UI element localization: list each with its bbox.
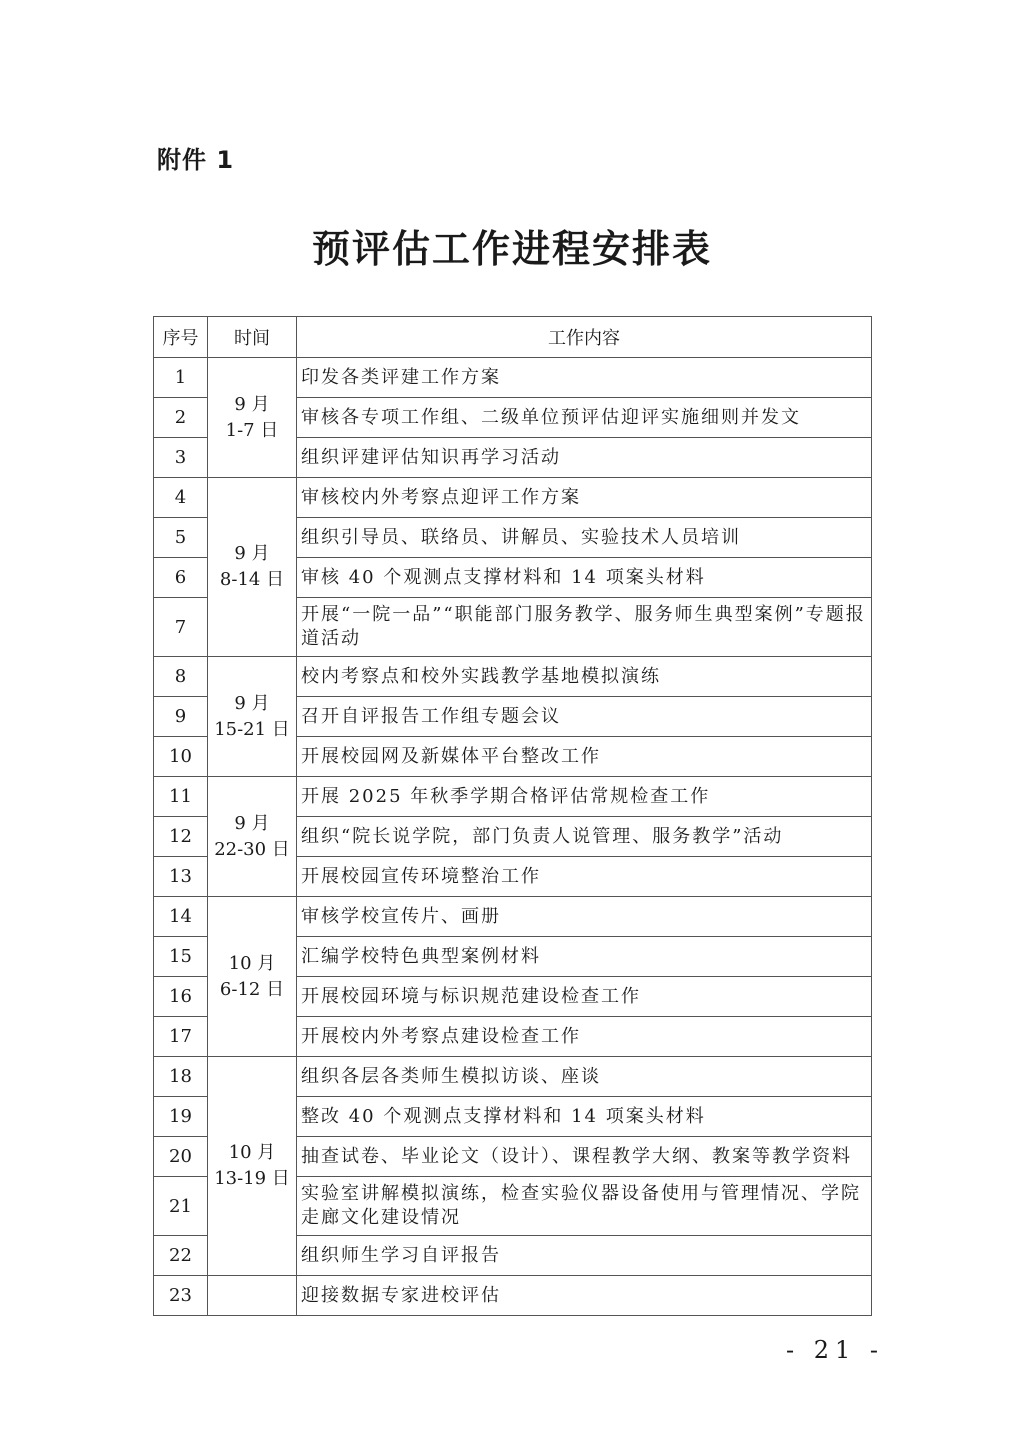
row-content: 校内考察点和校外实践教学基地模拟演练	[297, 657, 872, 697]
attachment-label: 附件 1	[157, 140, 234, 175]
header-no: 序号	[154, 317, 208, 358]
time-cell: 9 月22-30 日	[208, 777, 297, 897]
row-no: 4	[154, 478, 208, 518]
time-cell: 10 月6-12 日	[208, 897, 297, 1057]
row-no: 17	[154, 1017, 208, 1057]
row-no: 21	[154, 1177, 208, 1236]
time-cell: 9 月8-14 日	[208, 478, 297, 657]
row-content: 实验室讲解模拟演练，检查实验仪器设备使用与管理情况、学院走廊文化建设情况	[297, 1177, 872, 1236]
row-content: 开展校园网及新媒体平台整改工作	[297, 737, 872, 777]
row-no: 3	[154, 438, 208, 478]
row-no: 7	[154, 598, 208, 657]
row-content: 印发各类评建工作方案	[297, 358, 872, 398]
time-days: 1-7 日	[208, 418, 296, 444]
row-content: 开展“一院一品”“职能部门服务教学、服务师生典型案例”专题报道活动	[297, 598, 872, 657]
time-days: 8-14 日	[208, 567, 296, 593]
schedule-table: 序号 时间 工作内容 1 9 月1-7 日 印发各类评建工作方案 2 审核各专项…	[153, 316, 872, 1316]
row-content: 汇编学校特色典型案例材料	[297, 937, 872, 977]
row-no: 2	[154, 398, 208, 438]
time-days: 22-30 日	[208, 837, 296, 863]
row-no: 12	[154, 817, 208, 857]
row-content: 整改 40 个观测点支撑材料和 14 项案头材料	[297, 1097, 872, 1137]
row-content: 审核 40 个观测点支撑材料和 14 项案头材料	[297, 558, 872, 598]
row-content: 开展校园宣传环境整治工作	[297, 857, 872, 897]
time-month: 9 月	[208, 691, 296, 717]
row-content: 组织各层各类师生模拟访谈、座谈	[297, 1057, 872, 1097]
row-content: 组织师生学习自评报告	[297, 1236, 872, 1276]
table-row: 23 迎接数据专家进校评估	[154, 1276, 872, 1316]
time-cell: 10 月13-19 日	[208, 1057, 297, 1276]
row-no: 15	[154, 937, 208, 977]
table-header-row: 序号 时间 工作内容	[154, 317, 872, 358]
time-days: 13-19 日	[208, 1166, 296, 1192]
page-number: - 21 -	[786, 1336, 884, 1364]
table-row: 4 9 月8-14 日 审核校内外考察点迎评工作方案	[154, 478, 872, 518]
row-content: 抽查试卷、毕业论文（设计）、课程教学大纲、教案等教学资料	[297, 1137, 872, 1177]
time-days: 6-12 日	[208, 977, 296, 1003]
row-content: 开展 2025 年秋季学期合格评估常规检查工作	[297, 777, 872, 817]
row-no: 9	[154, 697, 208, 737]
table-row: 18 10 月13-19 日 组织各层各类师生模拟访谈、座谈	[154, 1057, 872, 1097]
row-content: 审核校内外考察点迎评工作方案	[297, 478, 872, 518]
time-cell: 9 月15-21 日	[208, 657, 297, 777]
row-no: 16	[154, 977, 208, 1017]
row-content: 开展校园环境与标识规范建设检查工作	[297, 977, 872, 1017]
time-month: 9 月	[208, 392, 296, 418]
row-no: 19	[154, 1097, 208, 1137]
row-no: 11	[154, 777, 208, 817]
time-month: 10 月	[208, 1140, 296, 1166]
time-cell	[208, 1276, 297, 1316]
row-content: 开展校内外考察点建设检查工作	[297, 1017, 872, 1057]
time-days: 15-21 日	[208, 717, 296, 743]
row-no: 20	[154, 1137, 208, 1177]
row-no: 6	[154, 558, 208, 598]
table-row: 1 9 月1-7 日 印发各类评建工作方案	[154, 358, 872, 398]
time-cell: 9 月1-7 日	[208, 358, 297, 478]
row-content: 召开自评报告工作组专题会议	[297, 697, 872, 737]
row-content: 组织“院长说学院，部门负责人说管理、服务教学”活动	[297, 817, 872, 857]
row-content: 迎接数据专家进校评估	[297, 1276, 872, 1316]
page-title: 预评估工作进程安排表	[0, 218, 1024, 273]
row-content: 组织引导员、联络员、讲解员、实验技术人员培训	[297, 518, 872, 558]
row-no: 13	[154, 857, 208, 897]
time-month: 9 月	[208, 541, 296, 567]
row-no: 8	[154, 657, 208, 697]
row-no: 10	[154, 737, 208, 777]
row-content: 审核学校宣传片、画册	[297, 897, 872, 937]
row-no: 14	[154, 897, 208, 937]
row-content: 审核各专项工作组、二级单位预评估迎评实施细则并发文	[297, 398, 872, 438]
time-month: 10 月	[208, 951, 296, 977]
header-time: 时间	[208, 317, 297, 358]
row-no: 22	[154, 1236, 208, 1276]
row-content: 组织评建评估知识再学习活动	[297, 438, 872, 478]
row-no: 18	[154, 1057, 208, 1097]
time-month: 9 月	[208, 811, 296, 837]
row-no: 5	[154, 518, 208, 558]
table-row: 14 10 月6-12 日 审核学校宣传片、画册	[154, 897, 872, 937]
header-content: 工作内容	[297, 317, 872, 358]
row-no: 1	[154, 358, 208, 398]
table-row: 11 9 月22-30 日 开展 2025 年秋季学期合格评估常规检查工作	[154, 777, 872, 817]
row-no: 23	[154, 1276, 208, 1316]
table-row: 8 9 月15-21 日 校内考察点和校外实践教学基地模拟演练	[154, 657, 872, 697]
